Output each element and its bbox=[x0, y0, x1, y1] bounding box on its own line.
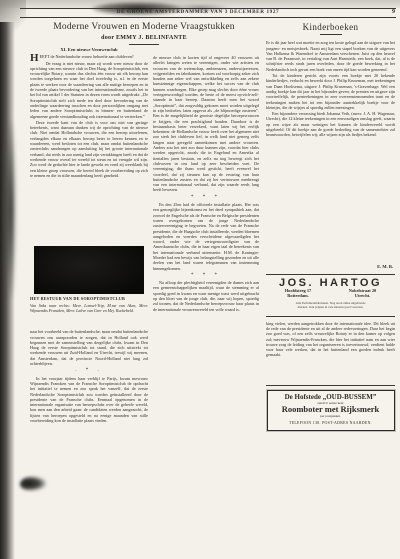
column-rule bbox=[266, 274, 395, 275]
column-rule bbox=[266, 385, 395, 386]
paragraph: HEEFT de Nederlandsche vrouw behoefte aa… bbox=[30, 54, 148, 59]
paragraph: Tot de kinderen gericht zijn voorts een … bbox=[266, 73, 395, 110]
masthead-rule-bottom bbox=[20, 17, 396, 18]
paragraph: En den 25en had de officieele installati… bbox=[153, 202, 259, 271]
ad-hartog-address-left: Hoofdsteeg 17 Rotterdam. bbox=[285, 288, 311, 299]
paragraph: Na afloop der plechtigheid vereenigden d… bbox=[153, 280, 259, 312]
ad-jos-hartog: JOS. HARTOG Hoofdsteeg 17 Rotterdam. Nob… bbox=[266, 279, 395, 312]
ad-hartog-address-right: Nobelstraat 20 Utrecht. bbox=[349, 288, 376, 299]
ad-hartog-fine-line-2: merken. Ook prijzen in vele kleuren goed… bbox=[266, 305, 395, 309]
ink-smudge-artifact bbox=[92, 2, 182, 15]
ad-oud-bussem: De Hofstede „OUD-BUSSEM” zendt U eerste … bbox=[267, 390, 395, 431]
ad-hartog-addresses: Hoofdsteeg 17 Rotterdam. Nobelstraat 20 … bbox=[266, 288, 395, 299]
heading-divider bbox=[320, 34, 342, 35]
paragraph: Deze tweede kant van de club is voor ons… bbox=[30, 120, 148, 178]
kinderboeken-heading: Kinderboeken bbox=[266, 25, 395, 30]
scanned-newspaper-page: DE GROENE AMSTERDAMMER VAN 3 DECEMBER 19… bbox=[0, 0, 400, 559]
paragraph: In het voorjaar tijdens haar verblijf te… bbox=[30, 376, 148, 424]
column-1-text-block-2: naar het voorbeeld van de buitenlandsche… bbox=[30, 329, 148, 481]
section-heading: XI. Een nieuwe Vrouwenclub bbox=[30, 47, 148, 52]
ad-bussem-delivery: per postpakket. bbox=[270, 414, 392, 419]
ad-hartog-fine-print: Alle Parfumeriefabrieken. Nog nooit zulk… bbox=[266, 301, 395, 309]
title-divider bbox=[129, 44, 159, 45]
article-column-2: de nieuwe club in korten tijd al ongevee… bbox=[153, 55, 259, 485]
article-column-1: XI. Een nieuwe Vrouwenclub HEEFT de Nede… bbox=[30, 47, 148, 485]
paragraph: de nieuwe club in korten tijd al ongevee… bbox=[153, 55, 259, 193]
ink-blot-artifact bbox=[20, 476, 46, 491]
page-number: 9 bbox=[392, 9, 395, 15]
ad-hartog-city-right: Utrecht. bbox=[349, 293, 376, 298]
article-byline: door EMMY J. BELINFANTE bbox=[28, 35, 260, 41]
paragraph: Er is dit jaar heel wat moeite en zorg t… bbox=[266, 40, 395, 72]
group-photo bbox=[34, 246, 144, 294]
paragraph: De vraag is niet nieuw, maar zij wordt w… bbox=[30, 61, 148, 119]
column-rule bbox=[266, 316, 395, 317]
ad-bussem-product: Roomboter met Rijksmerk bbox=[270, 407, 392, 412]
ad-hartog-title: JOS. HARTOG bbox=[266, 281, 395, 286]
section-separator: * * * bbox=[153, 195, 259, 200]
column-3: Kinderboeken Er is dit jaar heel wat moe… bbox=[266, 25, 395, 431]
ad-bussem-contact: TELEFOON 138. POST-ADRES NAARDEN. bbox=[270, 421, 392, 426]
article-title: Moderne Vrouwen en Moderne Vraagstukken bbox=[28, 22, 260, 32]
photo-caption: HET BESTUUR VAN DE SOROPTIMISTCLUB Van l… bbox=[30, 296, 148, 329]
ad-hartog-city-left: Rotterdam. bbox=[285, 293, 311, 298]
paragraph-text: EEFT de Nederlandsche vrouw behoefte aan… bbox=[40, 54, 134, 59]
photo-caption-names: Van links naar rechts: Mevr. Lomsel-Trip… bbox=[30, 303, 148, 313]
photo-caption-title: HET BESTUUR VAN DE SOROPTIMISTCLUB bbox=[30, 296, 148, 301]
ad-bussem-title: De Hofstede „OUD-BUSSEM” bbox=[270, 395, 392, 400]
ink-smudge-artifact-2 bbox=[170, 4, 230, 12]
author-initials: E. M. B. bbox=[266, 264, 393, 269]
paragraph: naar het voorbeeld van de buitenlandsche… bbox=[30, 329, 148, 366]
column-1-text-block-1: HEEFT de Nederlandsche vrouw behoefte aa… bbox=[30, 54, 148, 245]
section-separator: . * . bbox=[30, 368, 148, 373]
paragraph: Een bijzondere verrassing biedt Johanna … bbox=[266, 111, 395, 137]
scan-smudge-artifact bbox=[6, 120, 16, 300]
kinderboeken-text: Er is dit jaar heel wat moeite en zorg t… bbox=[266, 40, 395, 262]
article-header: Moderne Vrouwen en Moderne Vraagstukken … bbox=[28, 22, 260, 45]
section-separator: * * * bbox=[153, 273, 259, 278]
article-continuation: king vielen, werden aangetrokken door de… bbox=[266, 321, 395, 379]
drop-cap: H bbox=[30, 54, 39, 64]
